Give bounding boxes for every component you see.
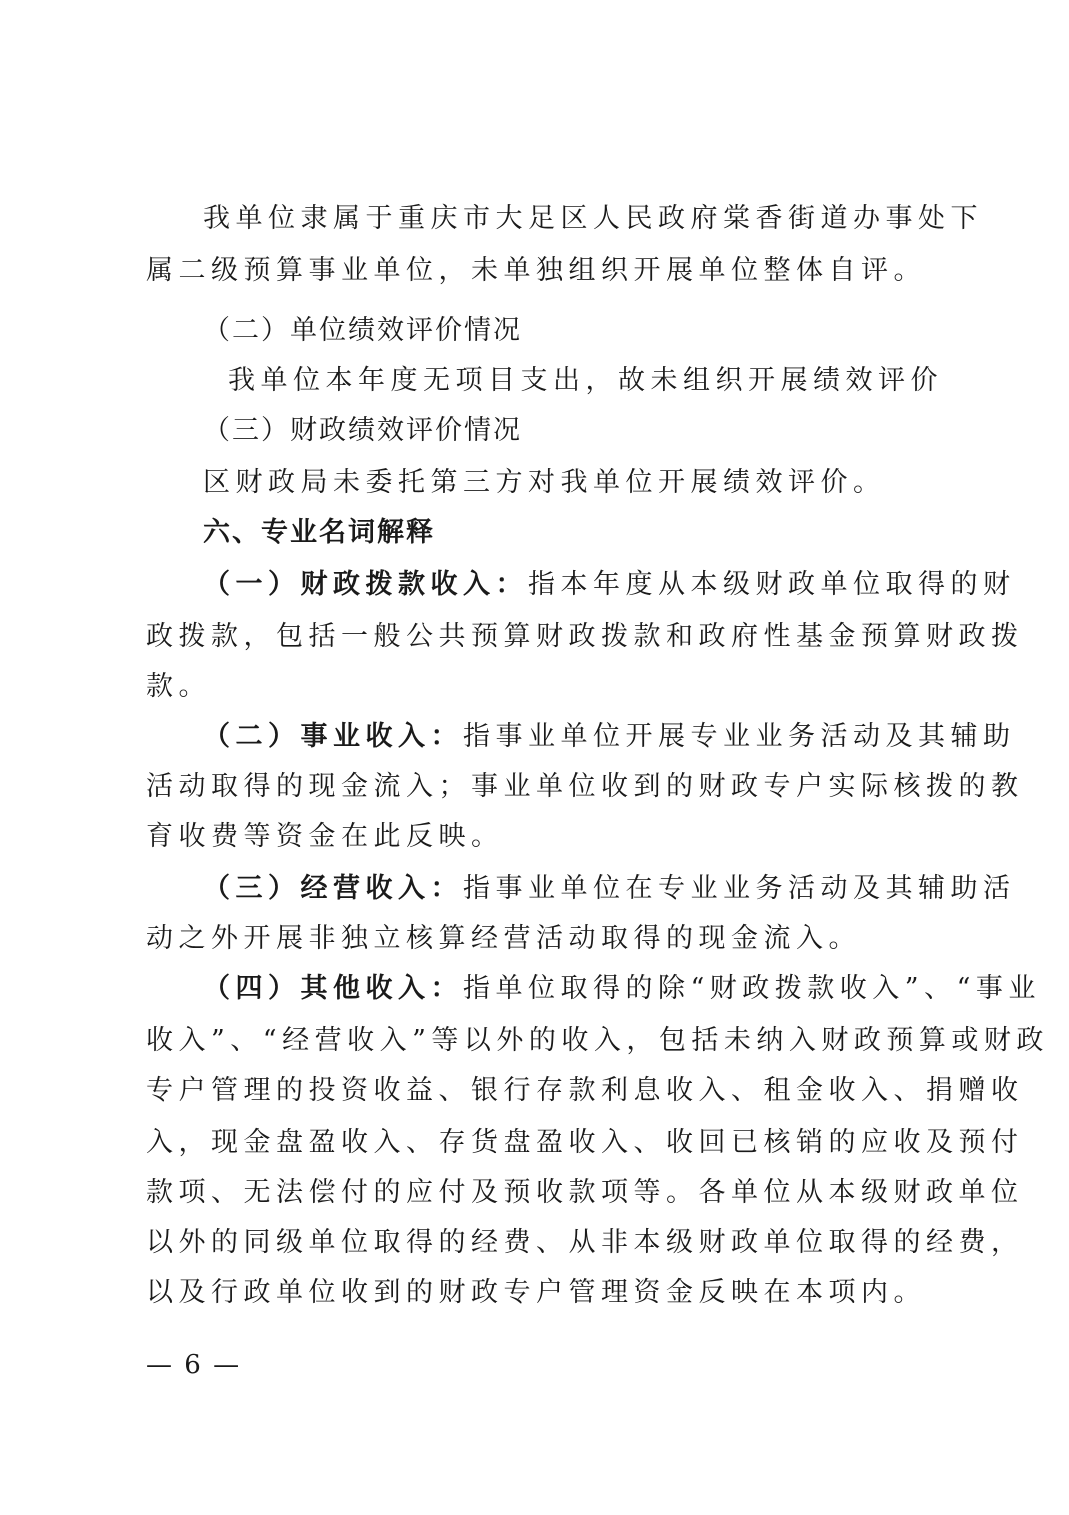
term-definition-line: （二）事业收入：指事业单位开展专业业务活动及其辅助 bbox=[203, 720, 1016, 754]
paragraph-line: 专户管理的投资收益、银行存款利息收入、租金收入、捐赠收 bbox=[146, 1074, 1024, 1108]
paragraph-line: 收入”、“经营收入”等以外的收入，包括未纳入财政预算或财政 bbox=[146, 1024, 1049, 1058]
paragraph-line: 款。 bbox=[146, 670, 211, 704]
paragraph-line: 以外的同级单位取得的经费、从非本级财政单位取得的经费， bbox=[146, 1226, 1024, 1260]
paragraph-line: 动之外开展非独立核算经营活动取得的现金流入。 bbox=[146, 922, 861, 956]
term-text: 指事业单位开展专业业务活动及其辅助 bbox=[463, 721, 1016, 752]
paragraph-line: 区财政局未委托第三方对我单位开展绩效评价。 bbox=[203, 466, 886, 500]
term-label: （二）事业收入： bbox=[203, 721, 463, 752]
document-page: 我单位隶属于重庆市大足区人民政府棠香街道办事处下 属二级预算事业单位，未单独组织… bbox=[0, 0, 1069, 1515]
paragraph-line: 我单位本年度无项目支出，故未组织开展绩效评价 bbox=[228, 364, 943, 398]
section-heading: （二）单位绩效评价情况 bbox=[203, 314, 522, 348]
paragraph-line: 入，现金盘盈收入、存货盘盈收入、收回已核销的应收及预付 bbox=[146, 1126, 1024, 1160]
term-definition-line: （四）其他收入：指单位取得的除“财政拨款收入”、“事业 bbox=[203, 972, 1041, 1006]
term-definition-line: （一）财政拨款收入：指本年度从本级财政单位取得的财 bbox=[203, 568, 1016, 602]
term-text: 指本年度从本级财政单位取得的财 bbox=[528, 569, 1016, 600]
paragraph-line: 款项、无法偿付的应付及预收款项等。各单位从本级财政单位 bbox=[146, 1176, 1024, 1210]
paragraph-line: 以及行政单位收到的财政专户管理资金反映在本项内。 bbox=[146, 1276, 926, 1310]
paragraph-line: 育收费等资金在此反映。 bbox=[146, 820, 504, 854]
term-label: （四）其他收入： bbox=[203, 973, 463, 1004]
page-number: — 6 — bbox=[146, 1348, 241, 1382]
term-text: 指单位取得的除“财政拨款收入”、“事业 bbox=[463, 973, 1041, 1004]
paragraph-line: 政拨款，包括一般公共预算财政拨款和政府性基金预算财政拨 bbox=[146, 620, 1024, 654]
term-label: （一）财政拨款收入： bbox=[203, 569, 528, 600]
term-text: 指事业单位在专业业务活动及其辅助活 bbox=[463, 873, 1016, 904]
term-label: （三）经营收入： bbox=[203, 873, 463, 904]
paragraph-line: 我单位隶属于重庆市大足区人民政府棠香街道办事处下 bbox=[203, 202, 983, 236]
term-definition-line: （三）经营收入：指事业单位在专业业务活动及其辅助活 bbox=[203, 872, 1016, 906]
section-heading: （三）财政绩效评价情况 bbox=[203, 414, 522, 448]
chapter-heading: 六、专业名词解释 bbox=[203, 516, 435, 550]
paragraph-line: 属二级预算事业单位，未单独组织开展单位整体自评。 bbox=[146, 254, 926, 288]
paragraph-line: 活动取得的现金流入；事业单位收到的财政专户实际核拨的教 bbox=[146, 770, 1024, 804]
